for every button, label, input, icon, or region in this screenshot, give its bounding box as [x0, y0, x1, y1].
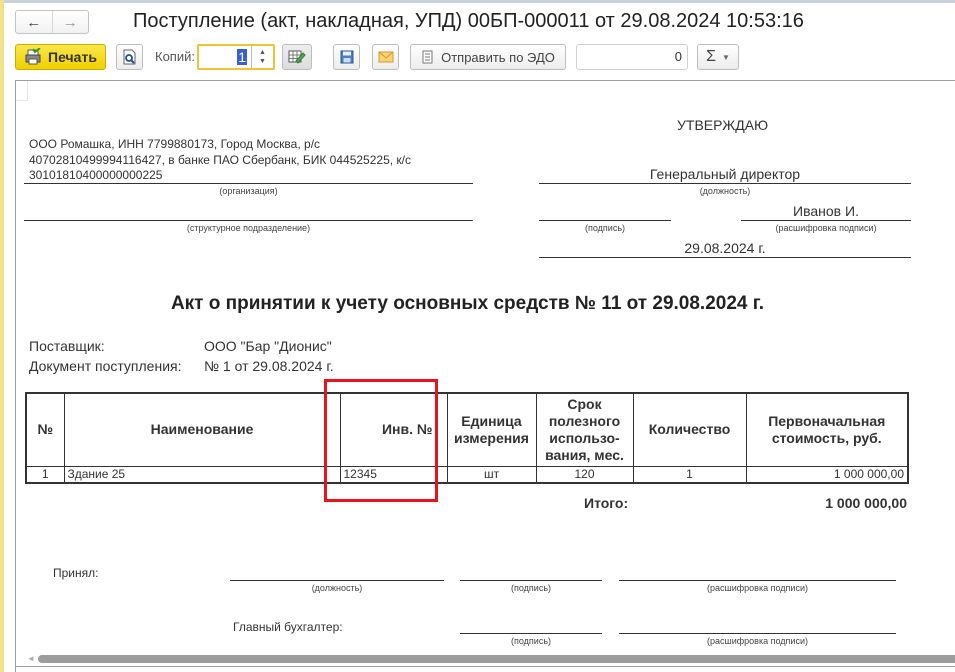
left-panel-edge [0, 0, 4, 672]
window-top-border [0, 0, 955, 3]
copies-stepper[interactable]: 1 ▲▼ [197, 44, 275, 70]
approver-name-line [741, 220, 911, 221]
chief-signature-caption: (подпись) [460, 636, 602, 646]
accepted-position-line [230, 580, 444, 581]
chief-accountant-label: Главный бухгалтер: [233, 620, 343, 634]
approver-position-line [539, 183, 911, 184]
approve-date: 29.08.2024 г. [539, 240, 911, 256]
cell-quantity[interactable]: 1 [633, 466, 746, 483]
chevron-down-icon: ▼ [722, 53, 730, 62]
col-useful-life: Срок полезного использо-вания, мес. [536, 393, 633, 466]
copies-spin-buttons[interactable]: ▲▼ [251, 46, 273, 68]
assets-table: № Наименование Инв. № Единица измерения … [25, 392, 909, 484]
cell-useful-life[interactable]: 120 [536, 466, 633, 483]
supplier-label: Поставщик: [29, 338, 105, 354]
copies-input[interactable]: 1 [199, 46, 251, 68]
back-button[interactable]: ← [16, 11, 52, 33]
organization-line [24, 183, 473, 184]
total-value: 1 000 000,00 [700, 495, 907, 511]
cell-number[interactable]: 1 [26, 466, 64, 483]
approver-name-caption: (расшифровка подписи) [741, 223, 911, 233]
document-window: ← → Поступление (акт, накладная, УПД) 00… [0, 0, 955, 672]
spin-down-icon[interactable]: ▼ [259, 57, 266, 66]
col-number: № [26, 393, 64, 466]
table-edit-icon [288, 49, 306, 65]
accepted-signature-caption: (подпись) [460, 583, 602, 593]
send-edo-label: Отправить по ЭДО [441, 50, 555, 65]
send-edo-button[interactable]: Отправить по ЭДО [410, 44, 566, 70]
approver-position: Генеральный директор [539, 166, 911, 182]
edo-document-icon [421, 50, 435, 64]
table-row[interactable]: 1 Здание 25 12345 шт 120 1 1 000 000,00 [26, 466, 908, 483]
cell-initial-cost[interactable]: 1 000 000,00 [746, 466, 908, 483]
chief-name-line [619, 633, 896, 634]
chief-signature-line [460, 633, 602, 634]
col-name: Наименование [64, 393, 340, 466]
col-initial-cost: Первоначальная стоимость, руб. [746, 393, 908, 466]
cell-name[interactable]: Здание 25 [64, 466, 340, 483]
approver-signature-line [539, 220, 671, 221]
accepted-name-line [619, 580, 896, 581]
accepted-signature-line [460, 580, 602, 581]
email-button[interactable] [372, 44, 399, 70]
accepted-label: Принял: [53, 566, 98, 580]
document-title: Акт о принятии к учету основных средств … [0, 293, 935, 315]
organization-caption: (организация) [24, 186, 473, 196]
department-caption: (структурное подразделение) [24, 223, 473, 233]
navigation-buttons: ← → [15, 10, 89, 34]
forward-button[interactable]: → [52, 11, 89, 33]
cell-unit[interactable]: шт [447, 466, 536, 483]
arrow-left-icon: ← [26, 14, 41, 31]
sheet-corner-cell [16, 81, 28, 101]
window-title: Поступление (акт, накладная, УПД) 00БП-0… [133, 10, 804, 33]
total-label: Итого: [584, 495, 628, 511]
preview-button[interactable] [116, 44, 143, 70]
approver-signature-caption: (подпись) [539, 223, 671, 233]
floppy-disk-icon [340, 50, 354, 64]
print-button[interactable]: Печать [15, 44, 106, 70]
sum-counter-field[interactable]: 0 [576, 44, 688, 70]
approver-position-caption: (должность) [539, 186, 911, 196]
edit-table-button[interactable] [282, 44, 312, 70]
approve-date-line [539, 257, 911, 258]
chief-name-caption: (расшифровка подписи) [619, 636, 896, 646]
col-unit: Единица измерения [447, 393, 536, 466]
receipt-doc-value: № 1 от 29.08.2024 г. [204, 358, 334, 374]
col-quantity: Количество [633, 393, 746, 466]
scroll-left-arrow-icon[interactable]: ◄ [27, 654, 35, 663]
preview-magnifier-icon [123, 49, 137, 65]
approver-name: Иванов И. [741, 203, 911, 219]
document-bottom-border [15, 666, 955, 667]
organization-details: ООО Ромашка, ИНН 7799880173, Город Москв… [29, 137, 411, 184]
save-button[interactable] [333, 44, 360, 70]
sigma-icon: Σ [706, 48, 716, 66]
arrow-right-icon: → [63, 14, 78, 31]
approve-heading: УТВЕРЖДАЮ [677, 117, 768, 133]
accepted-position-caption: (должность) [230, 583, 444, 593]
department-line [24, 220, 473, 221]
accepted-name-caption: (расшифровка подписи) [619, 583, 896, 593]
receipt-doc-label: Документ поступления: [29, 358, 182, 374]
spin-up-icon[interactable]: ▲ [259, 48, 266, 57]
printer-icon [24, 48, 42, 66]
sum-dropdown-button[interactable]: Σ ▼ [697, 44, 739, 70]
envelope-icon [378, 51, 394, 63]
copies-label: Копий: [155, 49, 195, 64]
table-header-row: № Наименование Инв. № Единица измерения … [26, 393, 908, 466]
supplier-value: ООО "Бар "Дионис" [204, 338, 332, 354]
print-label: Печать [48, 49, 97, 65]
highlight-annotation-box [324, 379, 438, 502]
horizontal-scrollbar[interactable] [38, 655, 955, 663]
